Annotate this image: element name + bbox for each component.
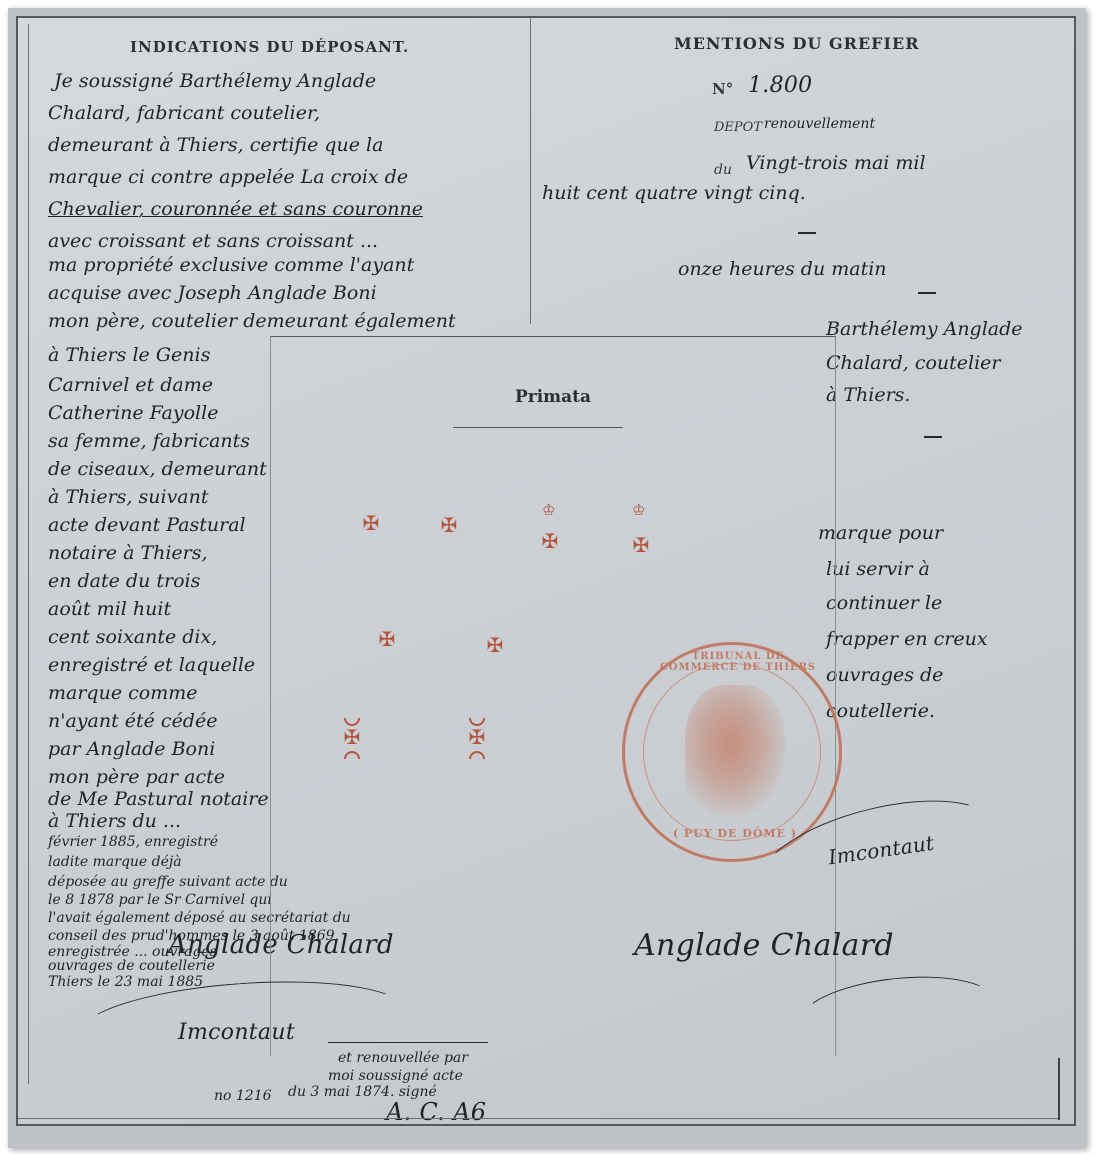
- declaration-line-31: le 8 1878 par le Sr Carnivel qui: [48, 892, 272, 908]
- declaration-line-2: Chalard, fabricant coutelier,: [48, 102, 320, 124]
- depositor-line-3: à Thiers.: [826, 384, 910, 406]
- declaration-line-20: cent soixante dix,: [48, 626, 217, 648]
- declaration-line-19: août mil huit: [48, 598, 171, 620]
- separator-dash: [918, 292, 936, 294]
- declaration-line-10: à Thiers le Genis: [48, 344, 210, 366]
- declaration-line-26: de Me Pastural notaire: [48, 788, 269, 810]
- separator-dash: [798, 232, 816, 234]
- maltese-cross-icon: ✠: [341, 726, 363, 748]
- time-line: onze heures du matin: [678, 258, 887, 280]
- number-value: 1.800: [748, 73, 812, 98]
- purpose-line-2: lui servir à: [826, 558, 930, 580]
- purpose-line-1: marque pour: [818, 522, 943, 544]
- purpose-line-3: continuer le: [826, 592, 942, 614]
- declaration-line-3: demeurant à Thiers, certifie que la: [48, 134, 383, 156]
- declaration-line-30: déposée au greffe suivant acte du: [48, 874, 288, 890]
- declaration-line-14: de ciseaux, demeurant: [48, 458, 267, 480]
- declaration-line-29: ladite marque déjà: [48, 854, 182, 870]
- crown-icon: ♔: [542, 502, 555, 518]
- left-header: INDICATIONS DU DÉPOSANT.: [130, 38, 409, 56]
- purpose-line-4: frapper en creux: [826, 628, 988, 650]
- declaration-line-16: acte devant Pastural: [48, 514, 246, 536]
- bottom-right-bracket: [1058, 1058, 1060, 1120]
- maltese-cross-icon: ✠: [466, 726, 488, 748]
- declaration-line-7: ma propriété exclusive comme l'ayant: [48, 254, 414, 276]
- declaration-line-8: acquise avec Joseph Anglade Boni: [48, 282, 377, 304]
- maltese-cross-icon: ✠: [630, 534, 652, 556]
- marginal-note-line-1: et renouvellée par: [338, 1050, 468, 1066]
- maltese-cross-icon: ✠: [484, 634, 506, 656]
- right-column-rule: [530, 318, 531, 324]
- trademark-title: Primata: [271, 387, 835, 407]
- declaration-line-1: Je soussigné Barthélemy Anglade: [54, 70, 376, 92]
- date-line-1: Vingt-trois mai mil: [746, 152, 926, 174]
- marginal-initials: A. C. A6: [386, 1098, 486, 1126]
- number-label: N°: [712, 80, 733, 98]
- signature-underline: [328, 1042, 488, 1043]
- declaration-line-9: mon père, coutelier demeurant également: [48, 310, 456, 332]
- clerk-signature-left: Imcontaut: [178, 1020, 295, 1045]
- depot-value: renouvellement: [764, 116, 875, 132]
- stamp-figure-icon: [685, 685, 785, 815]
- declaration-line-18: en date du trois: [48, 570, 200, 592]
- date-line-2: huit cent quatre vingt cinq.: [542, 182, 806, 204]
- declaration-line-11: Carnivel et dame: [48, 374, 213, 396]
- marginal-reference: no 1216: [214, 1088, 272, 1104]
- purpose-line-6: coutellerie.: [826, 700, 935, 722]
- declaration-line-5: Chevalier, couronnée et sans couronne: [48, 198, 423, 220]
- trademark-registration-sheet: INDICATIONS DU DÉPOSANT. MENTIONS DU GRE…: [16, 16, 1076, 1126]
- declaration-line-22: marque comme: [48, 682, 197, 704]
- maltese-cross-icon: ✠: [360, 512, 382, 534]
- date-prefix: du: [714, 162, 732, 178]
- declaration-line-24: par Anglade Boni: [48, 738, 215, 760]
- maltese-cross-icon: ✠: [539, 530, 561, 552]
- declaration-line-25: mon père par acte: [48, 766, 225, 788]
- declaration-line-36: Thiers le 23 mai 1885: [48, 974, 203, 990]
- declaration-line-28: février 1885, enregistré: [48, 834, 218, 850]
- declaration-line-35: ouvrages de coutellerie: [48, 958, 215, 974]
- bottom-rule: [18, 1118, 1058, 1119]
- depositor-line-1: Barthélemy Anglade: [826, 318, 1023, 340]
- declaration-line-23: n'ayant été cédée: [48, 710, 217, 732]
- trademark-title-rule: [453, 427, 623, 428]
- declaration-line-21: enregistré et laquelle: [48, 654, 255, 676]
- declaration-line-17: notaire à Thiers,: [48, 542, 208, 564]
- declaration-line-27: à Thiers du ...: [48, 810, 181, 832]
- declaration-line-13: sa femme, fabricants: [48, 430, 250, 452]
- declaration-line-6: avec croissant et sans croissant ...: [48, 230, 378, 252]
- crown-icon: ♔: [632, 502, 645, 518]
- maltese-cross-icon: ✠: [376, 628, 398, 650]
- column-divider: [530, 18, 531, 323]
- depot-label: DEPOT: [714, 120, 762, 135]
- declaration-line-15: à Thiers, suivant: [48, 486, 209, 508]
- stamp-bottom-text: ( PUY DE DÔME ): [665, 827, 805, 840]
- depositor-line-2: Chalard, coutelier: [826, 352, 1001, 374]
- separator-dash: [924, 436, 942, 438]
- right-header: MENTIONS DU GREFIER: [674, 34, 920, 53]
- declaration-line-12: Catherine Fayolle: [48, 402, 218, 424]
- declaration-line-4: marque ci contre appelée La croix de: [48, 166, 408, 188]
- maltese-cross-icon: ✠: [438, 514, 460, 536]
- purpose-line-5: ouvrages de: [826, 664, 943, 686]
- stamp-top-text: TRIBUNAL DE COMMERCE DE THIERS: [653, 651, 823, 673]
- marginal-note-line-2: moi soussigné acte: [328, 1068, 463, 1084]
- depositor-signature-right: Anglade Chalard: [634, 928, 894, 963]
